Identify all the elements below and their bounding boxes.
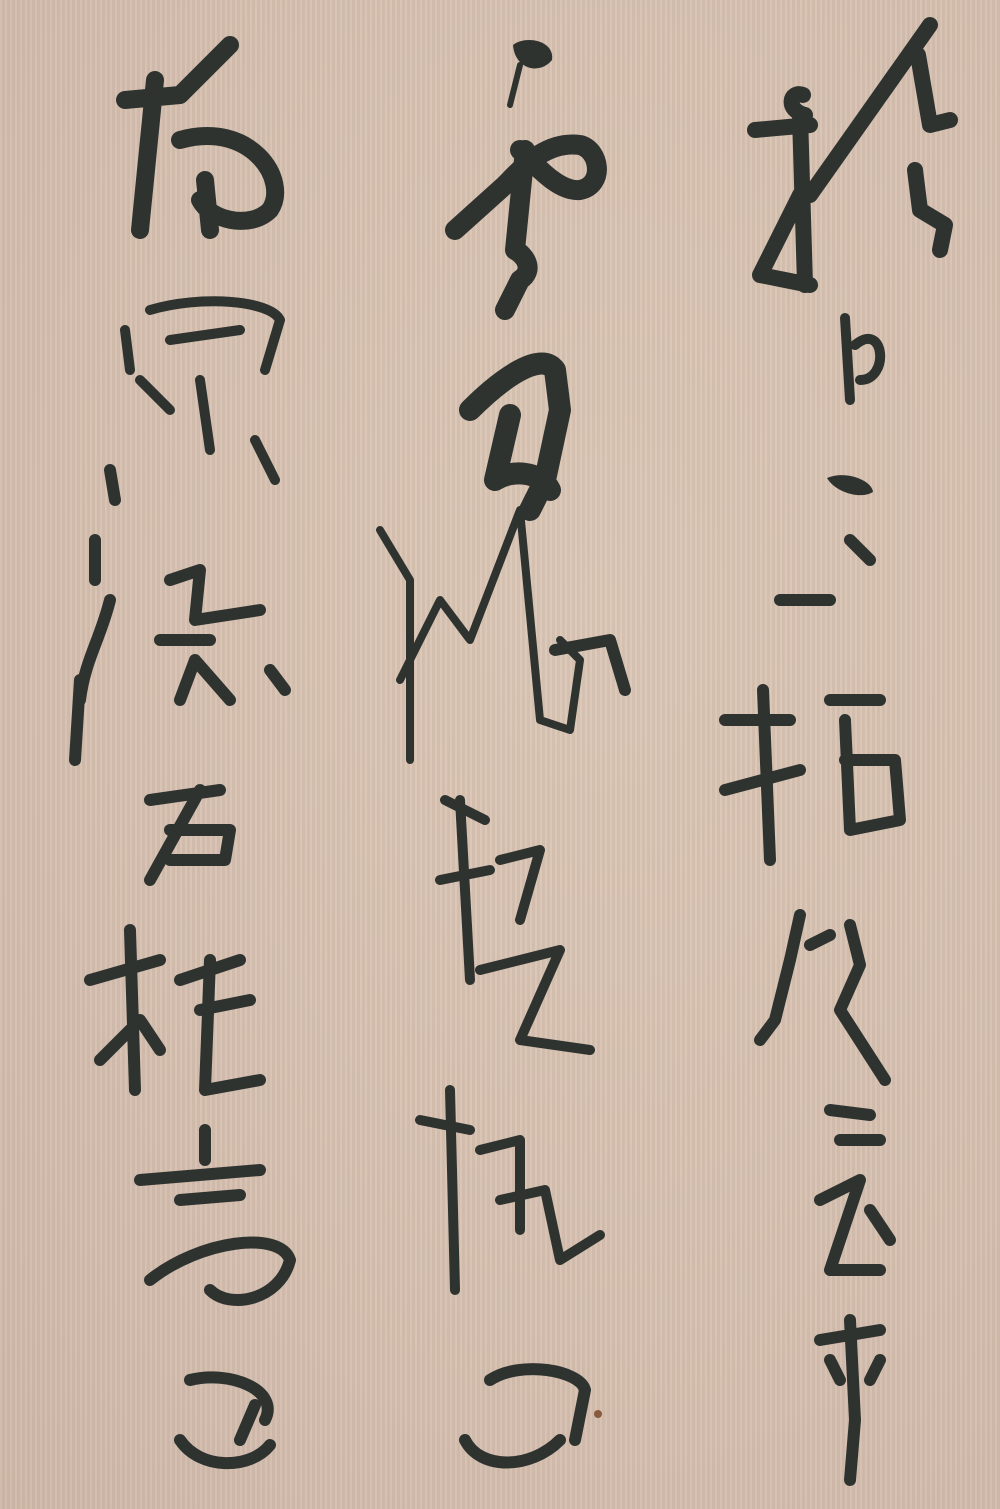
- paper-stain: [594, 1410, 602, 1418]
- ink-strokes: [0, 0, 1000, 1509]
- column-left: [75, 45, 290, 1463]
- column-middle: [380, 40, 625, 1463]
- calligraphy-paper: 於日六指從雲平 雲司地移極司 南冥深石柱高司: [0, 0, 1000, 1509]
- column-right: [725, 25, 950, 1480]
